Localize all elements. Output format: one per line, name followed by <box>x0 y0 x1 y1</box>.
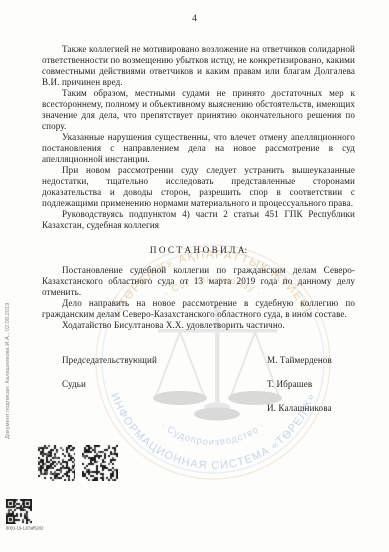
signature-row: Судьи Т. Ибрашев <box>42 379 355 390</box>
page-number: 4 <box>0 14 389 24</box>
paragraph: При новом рассмотрении суду следует устр… <box>42 165 355 209</box>
resolution-heading: П О С Т А Н О В И Л А: <box>42 245 355 256</box>
datamatrix-code-1 <box>38 445 75 481</box>
digital-signature-note: Документ подписан: Калашникова И.А., 02.… <box>4 303 10 439</box>
signature-name: Т. Ибрашев <box>267 379 355 390</box>
paragraph: Таким образом, местными судами не принят… <box>42 88 355 132</box>
paragraph: Дело направить на новое рассмотрение в с… <box>42 298 355 320</box>
signature-role: Судьи <box>42 379 267 390</box>
datamatrix-code-2 <box>82 445 118 481</box>
signature-role <box>42 403 267 414</box>
paragraph: Постановление судебной коллегии по гражд… <box>42 265 355 298</box>
paragraph: Также коллегией не мотивировано возложен… <box>42 44 355 88</box>
paragraph: Руководствуясь подпунктом 4) части 2 ста… <box>42 209 355 231</box>
qr-code <box>6 499 32 524</box>
signature-row: И. Калашникова <box>42 403 355 414</box>
qr-code-caption: 6001-19-12/3af5202 <box>6 526 43 531</box>
signature-name: М. Таймерденов <box>267 355 355 366</box>
document-page: «ТӨРЕЛІК» АҚПАРАТТЫҚ ЖҮЙЕСІ ИНФОРМАЦИОНН… <box>0 0 389 552</box>
signature-name: И. Калашникова <box>267 403 355 414</box>
signature-row: Председательствующий М. Таймерденов <box>42 355 355 366</box>
paragraph: Указанные нарушения существенны, что вле… <box>42 132 355 165</box>
body-text: Также коллегией не мотивировано возложен… <box>42 44 355 427</box>
signature-role: Председательствующий <box>42 355 267 366</box>
signature-block: Председательствующий М. Таймерденов Судь… <box>42 355 355 414</box>
paragraph: Ходатайство Бисултанова Х.Х. удовлетвори… <box>42 320 355 331</box>
